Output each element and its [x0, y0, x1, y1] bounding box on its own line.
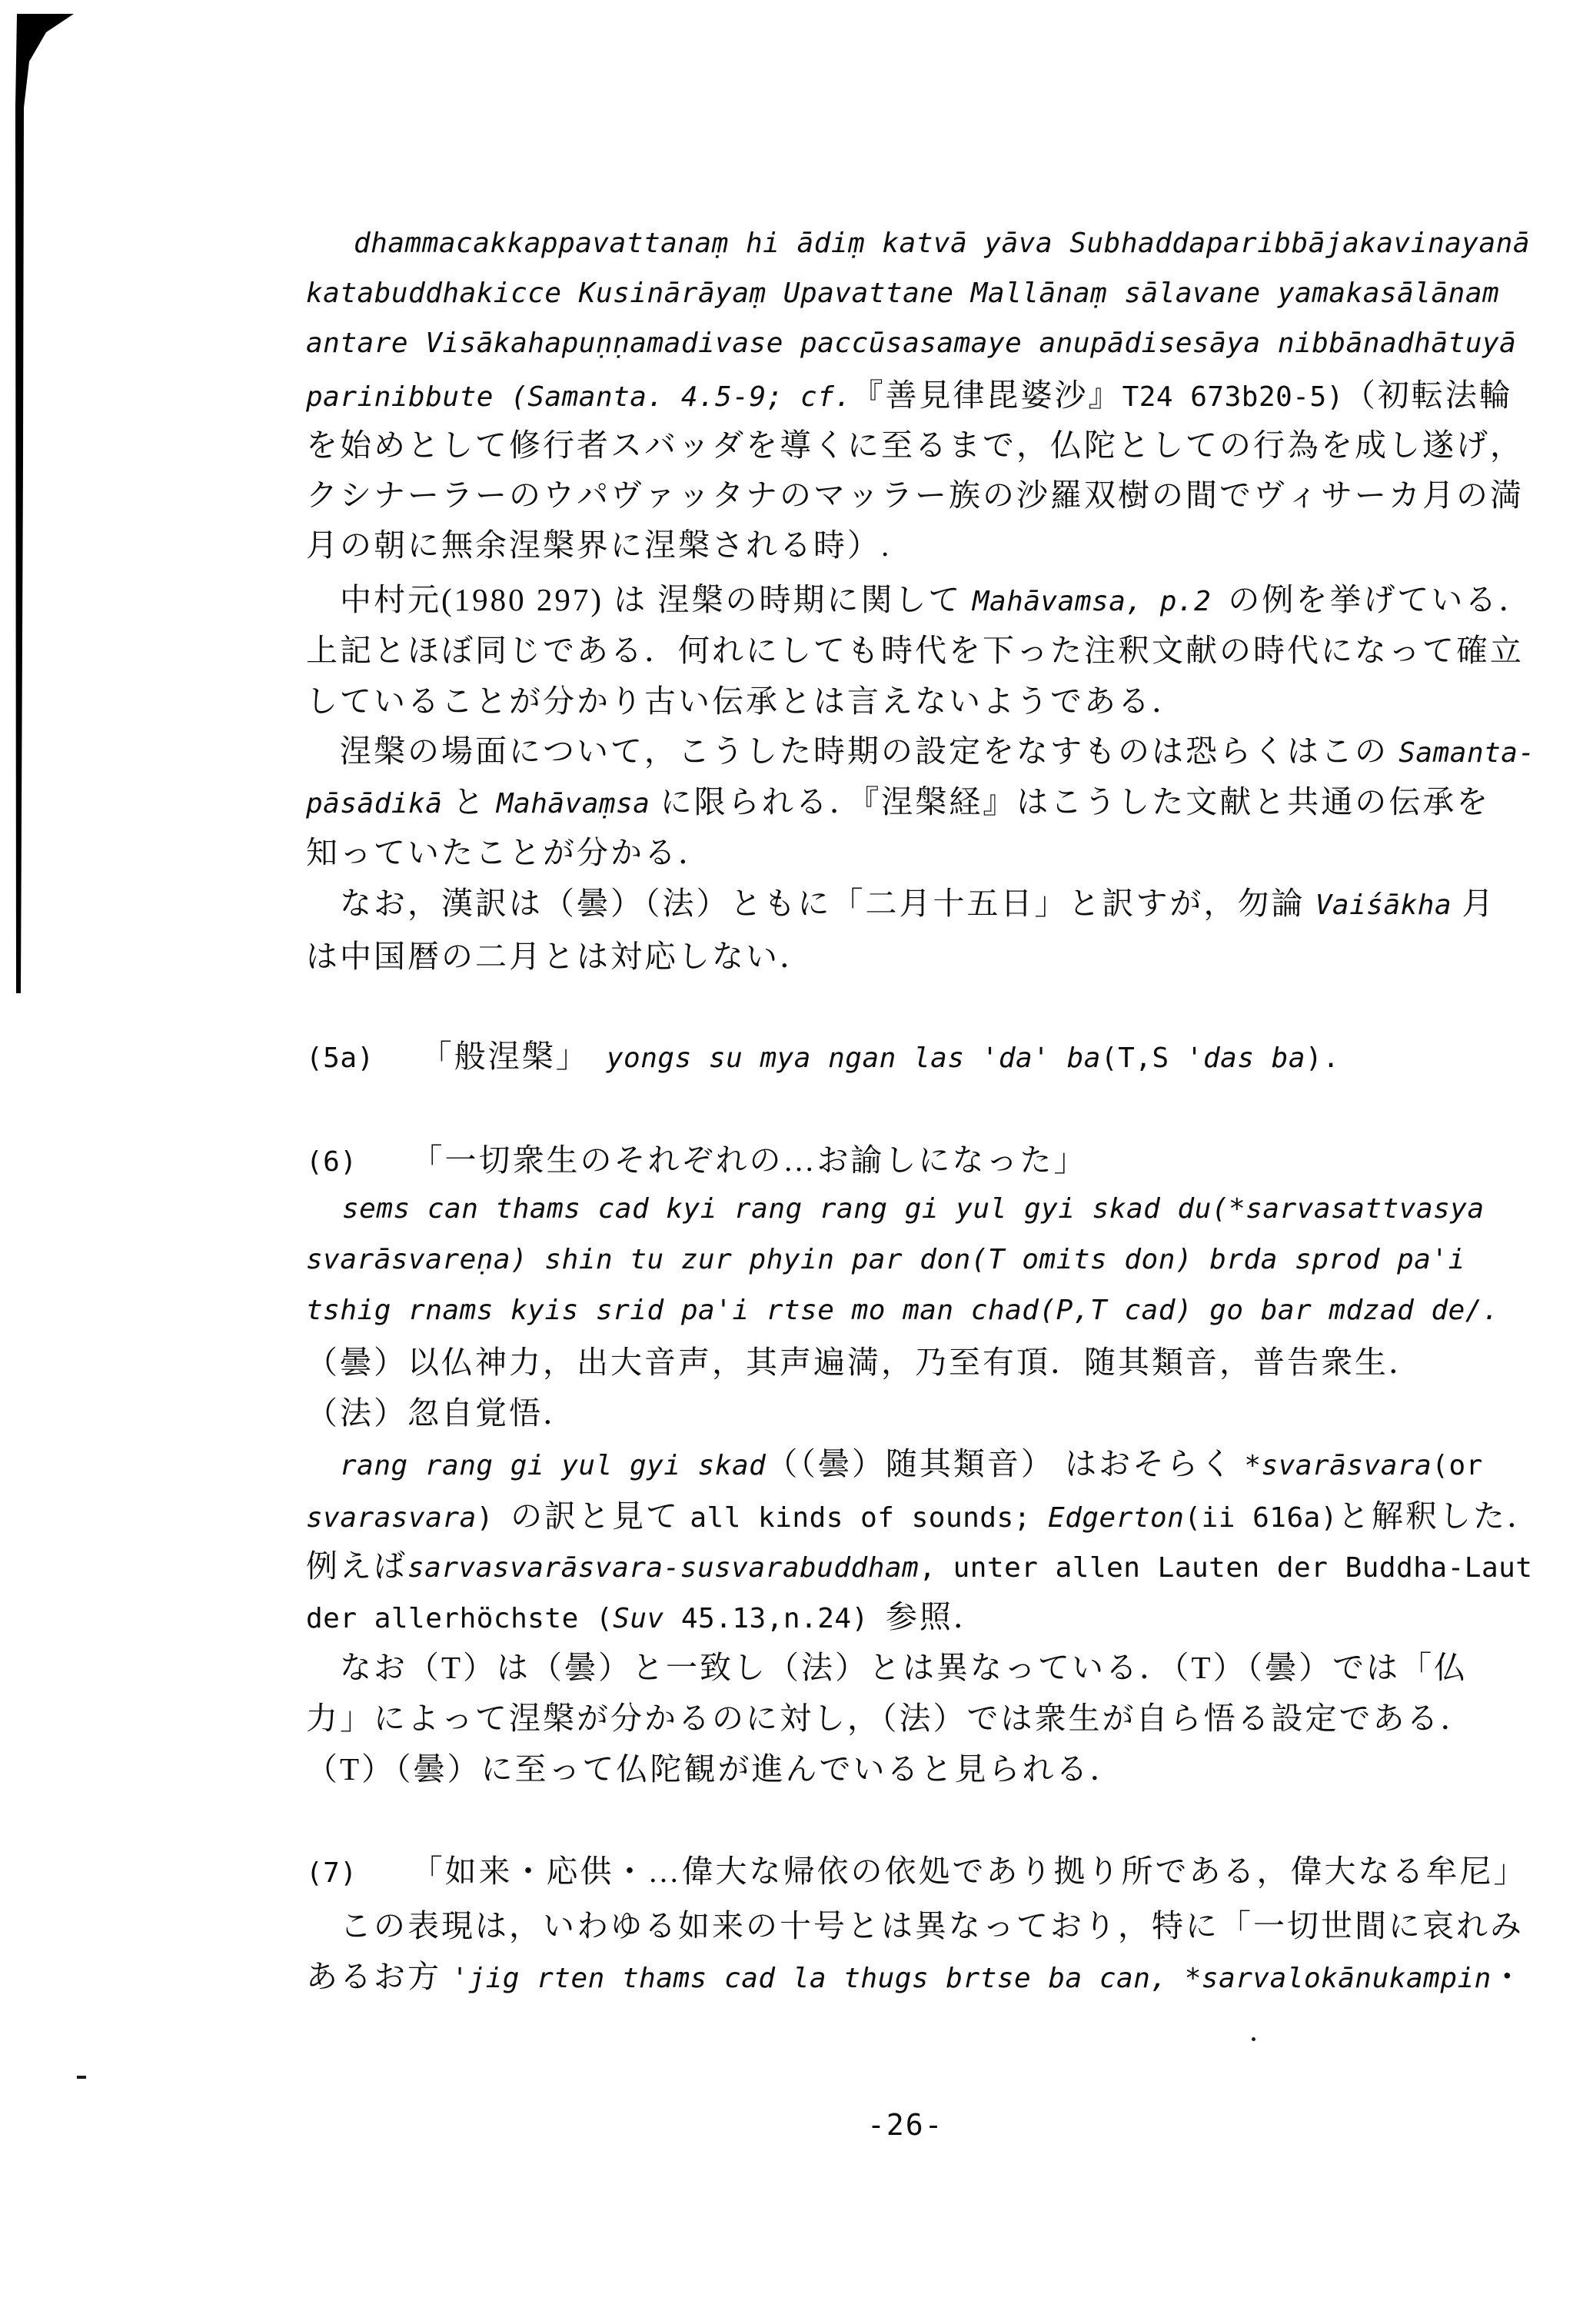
- title-text: Mahāvaṃsa: [497, 788, 650, 820]
- jp-text: を始めとして修行者スバッダを導くに至るまで，仏陀としての行為を成し遂げ，: [306, 427, 1524, 463]
- text-line: svarāsvareṇa) shin tu zur phyin par don(…: [306, 1245, 1465, 1275]
- scan-edge-artifact: [0, 0, 100, 999]
- jp-text: （T）（曇）に至って仏陀観が進んでいると見られる．: [306, 1751, 1124, 1787]
- jp-text: （曇）以仏神力，出大音声，其声遍満，乃至有頂．随其類音，普告衆生．: [306, 1345, 1422, 1380]
- tibetan-text: tshig rnams kyis srid pa'i rtse mo man c…: [306, 1295, 1499, 1326]
- jp-text: していることが分かり古い伝承とは言えないようである．: [306, 683, 1186, 719]
- text-line: dhammacakkappavattanaṃ hi ādiṃ katvā yāv…: [354, 228, 1530, 259]
- roman-text: all kinds of sounds;: [690, 1502, 1048, 1534]
- jp-text: に限られる．『涅槃経』はこうした文献と共通の伝承を: [650, 784, 1490, 820]
- text-line: この表現は，いわゆる如来の十号とは異なっており，特に「一切世間に哀れみ: [340, 1909, 1524, 1943]
- jp-text: （法）忽自覚悟．: [306, 1395, 577, 1431]
- text-line: katabuddhakicce Kusinārāyaṃ Upavattane M…: [306, 278, 1499, 309]
- jp-text: 参照．: [886, 1599, 987, 1634]
- jp-text: の訳と見て: [510, 1498, 690, 1534]
- pali-text: parinibbute (Samanta. 4.5-9; cf.: [306, 381, 852, 413]
- text-line: なお（T）は（曇）と一致し（法）とは異なっている．（T）（曇）では「仏: [340, 1651, 1468, 1685]
- jp-text: あるお方: [306, 1959, 451, 1994]
- text-line: （法）忽自覚悟．: [306, 1396, 577, 1431]
- jp-text: 「如来・応供・…偉大な帰依の依処であり拠り所である，偉大なる牟尼」: [411, 1854, 1528, 1889]
- text-line: していることが分かり古い伝承とは言えないようである．: [306, 684, 1186, 719]
- citation-text: (ii 616a): [1184, 1502, 1338, 1534]
- text-line: rang rang gi yul gyi skad（（曇）随其類音） はおそらく…: [340, 1447, 1483, 1481]
- text-line: svarasvara) の訳と見て all kinds of sounds; E…: [306, 1499, 1541, 1534]
- jp-text: （（曇）随其類音） はおそらく: [766, 1446, 1244, 1481]
- text-line: antare Visākahapuṇṇamadivase paccūsasama…: [306, 328, 1516, 359]
- jp-text: 「般涅槃」: [421, 1039, 590, 1074]
- jp-text: 例えば: [306, 1548, 407, 1584]
- scan-speck: [1252, 2037, 1255, 2041]
- tibetan-text: yongs su mya ngan las 'da' ba: [590, 1042, 1101, 1074]
- text-line: 涅槃の場面について，こうした時期の設定をなすものは恐らくはこの Samanta-: [340, 734, 1535, 769]
- text-line: （T）（曇）に至って仏陀観が進んでいると見られる．: [306, 1752, 1124, 1787]
- text-line: tshig rnams kyis srid pa'i rtse mo man c…: [306, 1295, 1499, 1326]
- citation-text: T24 673b20-5): [1122, 381, 1344, 413]
- text-line: なお，漢訳は（曇）（法）ともに「二月十五日」と訳すが，勿論 Vaiśākha 月: [340, 886, 1495, 921]
- title-text: Mahāvamsa, p.2: [973, 586, 1229, 617]
- german-text: der allerhöchste (: [306, 1603, 613, 1634]
- tibetan-text: svarāsvareṇa) shin tu zur phyin par don(…: [306, 1244, 1465, 1275]
- jp-text: と: [442, 784, 497, 820]
- note-5a: (5a)「般涅槃」 yongs su mya ngan las 'da' ba(…: [306, 1039, 1339, 1074]
- skt-text: Vaiśākha: [1315, 889, 1452, 921]
- note-6: (6)「一切衆生のそれぞれの…お諭しになった」: [306, 1143, 1088, 1178]
- title-text: Suv: [613, 1603, 664, 1634]
- tibetan-text: 'das ba: [1186, 1042, 1305, 1074]
- jp-text: この表現は，いわゆる如来の十号とは異なっており，特に「一切世間に哀れみ: [340, 1908, 1524, 1943]
- tibetan-text: rang rang gi yul gyi skad: [340, 1450, 766, 1481]
- note-label: (6): [306, 1146, 358, 1178]
- jp-text: クシナーラーのウパヴァッタナのマッラー族の沙羅双樹の間でヴィサーカ月の満: [306, 477, 1524, 513]
- jp-text: 力」によって涅槃が分かるのに対し，（法）では衆生が自ら悟る設定である．: [306, 1701, 1475, 1736]
- text-line: （曇）以仏神力，出大音声，其声遍満，乃至有頂．随其類音，普告衆生．: [306, 1345, 1422, 1380]
- text-line: sems can thams cad kyi rang rang gi yul …: [342, 1194, 1485, 1225]
- citation-text: (T,S: [1101, 1042, 1186, 1074]
- jp-text: なお（T）は（曇）と一致し（法）とは異なっている．（T）（曇）では「仏: [340, 1650, 1468, 1685]
- roman-text: ): [477, 1502, 510, 1534]
- jp-text: 上記とほぼ同じである．何れにしても時代を下った注釈文献の時代になって確立: [306, 633, 1524, 668]
- skt-text: sarvasvarāsvara-susvarabuddham: [407, 1552, 919, 1584]
- tibetan-text: sems can thams cad kyi rang rang gi yul …: [342, 1193, 1485, 1225]
- text-line: あるお方 'jig rten thams cad la thugs brtse …: [306, 1960, 1525, 1994]
- text-line: 力」によって涅槃が分かるのに対し，（法）では衆生が自ら悟る設定である．: [306, 1701, 1475, 1736]
- page-number: -26-: [867, 2108, 944, 2142]
- scan-speck: [77, 2076, 86, 2079]
- jp-text: ・: [1492, 1959, 1525, 1994]
- text-line: は中国暦の二月とは対応しない．: [306, 939, 813, 974]
- text-line: を始めとして修行者スバッダを導くに至るまで，仏陀としての行為を成し遂げ，: [306, 428, 1524, 463]
- skt-text: svarasvara: [306, 1502, 477, 1534]
- jp-text: 「一切衆生のそれぞれの…お諭しになった」: [411, 1142, 1088, 1178]
- text-line: 中村元(1980 297) は 涅槃の時期に関して Mahāvamsa, p.2…: [340, 583, 1532, 617]
- pali-text: antare Visākahapuṇṇamadivase paccūsasama…: [306, 327, 1516, 359]
- jp-text: は中国暦の二月とは対応しない．: [306, 939, 813, 974]
- scanned-paper-page: dhammacakkappavattanaṃ hi ādiṃ katvā yāv…: [0, 0, 1583, 2324]
- jp-text: 月の朝に無余涅槃界に涅槃される時）.: [306, 527, 891, 563]
- jp-text: 『善見律毘婆沙』: [852, 377, 1122, 413]
- text-line: pāsādikā と Mahāvaṃsa に限られる．『涅槃経』はこうした文献と…: [306, 785, 1490, 820]
- text-line: クシナーラーのウパヴァッタナのマッラー族の沙羅双樹の間でヴィサーカ月の満: [306, 478, 1524, 513]
- text-line: 月の朝に無余涅槃界に涅槃される時）.: [306, 528, 891, 563]
- text-line: 上記とほぼ同じである．何れにしても時代を下った注釈文献の時代になって確立: [306, 633, 1524, 668]
- roman-text: (or: [1432, 1450, 1483, 1481]
- author-name: Edgerton: [1048, 1502, 1184, 1534]
- citation-text: ).: [1305, 1042, 1339, 1074]
- jp-text: （初転法輪: [1344, 377, 1513, 413]
- text-line: 知っていたことが分かる．: [306, 836, 712, 870]
- citation-text: 45.13,n.24): [664, 1603, 886, 1634]
- note-7: (7)「如来・応供・…偉大な帰依の依処であり拠り所である，偉大なる牟尼」: [306, 1854, 1528, 1889]
- note-label: (7): [306, 1857, 358, 1889]
- jp-text: の例を挙げている．: [1228, 582, 1532, 617]
- note-label: (5a): [306, 1042, 374, 1074]
- jp-text: と解釈した．: [1338, 1498, 1541, 1534]
- skt-text: *svarāsvara: [1244, 1450, 1432, 1481]
- jp-text: 知っていたことが分かる．: [306, 835, 712, 870]
- text-line: parinibbute (Samanta. 4.5-9; cf.『善見律毘婆沙』…: [306, 378, 1513, 413]
- pali-text: katabuddhakicce Kusinārāyaṃ Upavattane M…: [306, 278, 1499, 309]
- title-text: Samanta-: [1398, 737, 1535, 769]
- title-text: pāsādikā: [306, 788, 442, 820]
- jp-text: 涅槃の場面について，こうした時期の設定をなすものは恐らくはこの: [340, 733, 1398, 769]
- german-text: , unter allen Lauten der Buddha-Laut: [919, 1552, 1532, 1584]
- text-line: 例えばsarvasvarāsvara-susvarabuddham, unter…: [306, 1549, 1532, 1584]
- text-line: der allerhöchste (Suv 45.13,n.24) 参照．: [306, 1600, 987, 1634]
- tibetan-text: 'jig rten thams cad la thugs brtse ba ca…: [451, 1963, 1492, 1994]
- pali-text: dhammacakkappavattanaṃ hi ādiṃ katvā yāv…: [354, 228, 1530, 259]
- jp-text: 月: [1452, 886, 1495, 921]
- jp-text: 中村元(1980 297) は 涅槃の時期に関して: [340, 582, 973, 617]
- jp-text: なお，漢訳は（曇）（法）ともに「二月十五日」と訳すが，勿論: [340, 886, 1315, 921]
